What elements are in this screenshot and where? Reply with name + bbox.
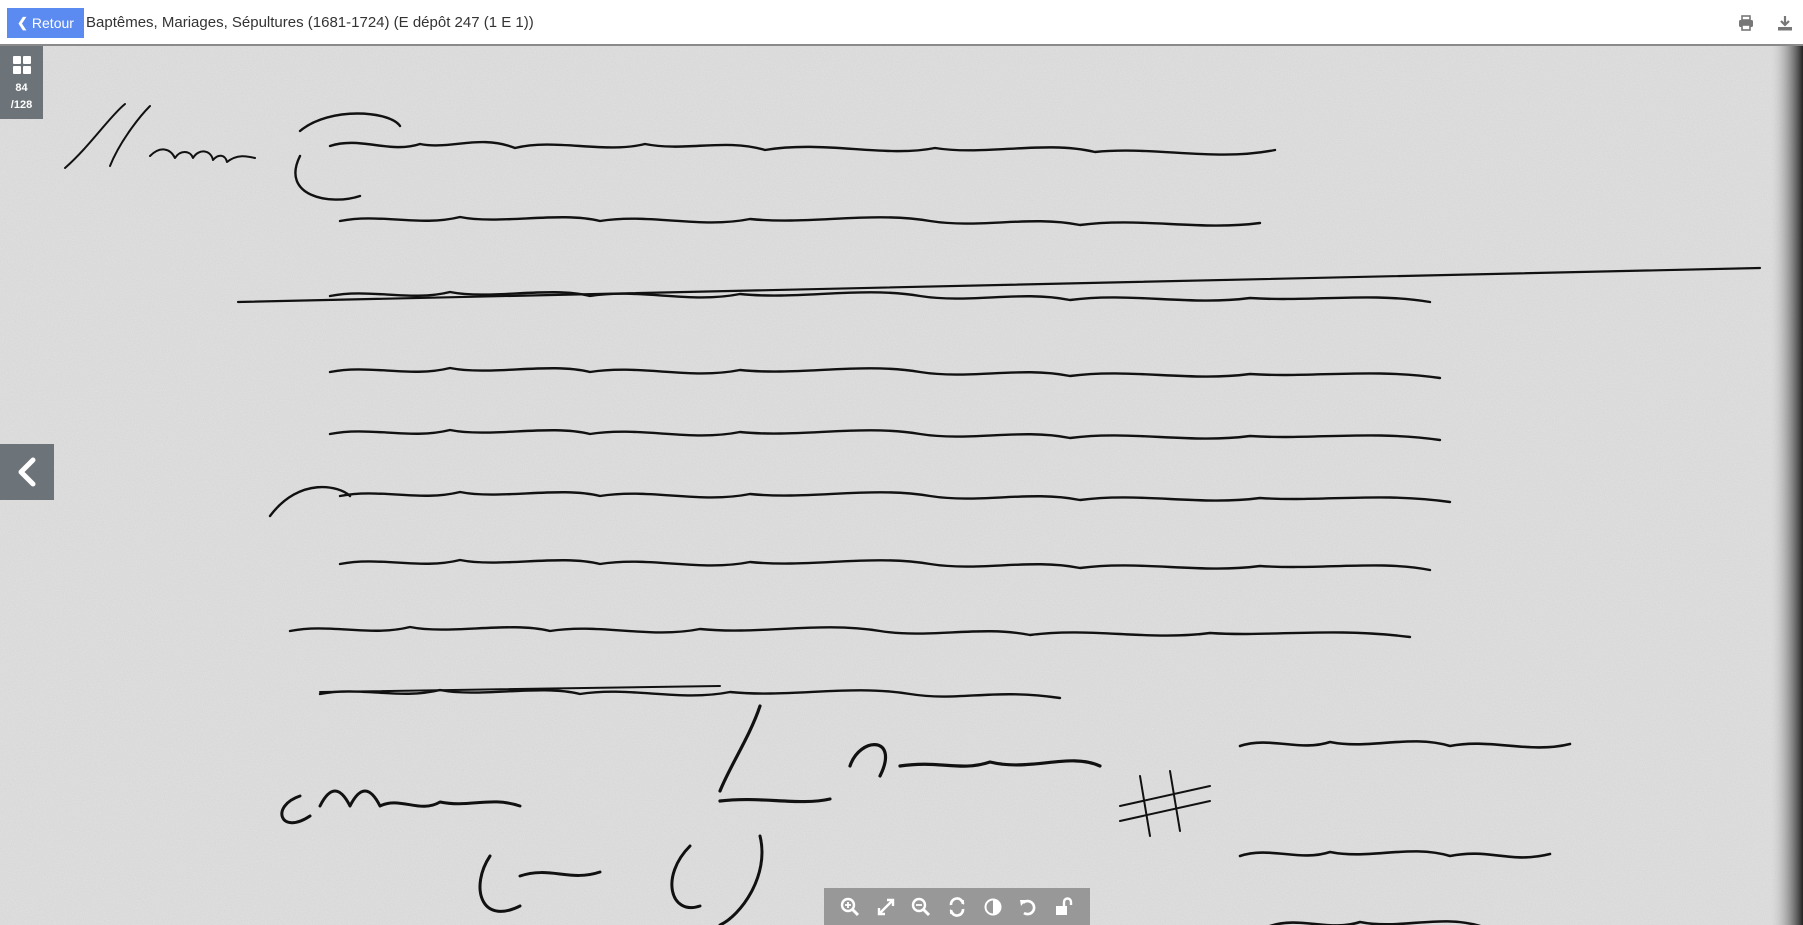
- rotate-button[interactable]: [945, 895, 969, 919]
- unlock-icon: [1054, 897, 1074, 917]
- refresh-icon: [947, 897, 967, 917]
- back-button[interactable]: ❮ Retour: [7, 8, 84, 38]
- chevron-left-icon: ❮: [17, 8, 28, 38]
- undo-icon: [1018, 897, 1038, 917]
- grid-icon: [13, 56, 31, 74]
- download-icon[interactable]: [1776, 14, 1794, 32]
- unlock-button[interactable]: [1052, 895, 1076, 919]
- rotate-left-button[interactable]: [1016, 895, 1040, 919]
- fullscreen-button[interactable]: [874, 895, 898, 919]
- image-toolbar: [824, 888, 1090, 925]
- page-current: 84: [0, 80, 43, 97]
- back-button-label: Retour: [32, 8, 74, 38]
- previous-page-button[interactable]: [0, 444, 54, 500]
- contrast-icon: [983, 897, 1003, 917]
- document-image-viewer[interactable]: [0, 46, 1803, 925]
- document-title: Baptêmes, Mariages, Sépultures (1681-172…: [86, 14, 534, 31]
- chevron-left-icon: [16, 457, 38, 487]
- header-bar: ❮ Retour Baptêmes, Mariages, Sépultures …: [0, 0, 1803, 46]
- zoom-in-button[interactable]: [838, 895, 862, 919]
- page-total: /128: [0, 97, 43, 114]
- print-icon[interactable]: [1737, 14, 1755, 32]
- manuscript-page-image: [0, 46, 1803, 925]
- zoom-in-icon: [840, 897, 860, 917]
- zoom-out-button[interactable]: [909, 895, 933, 919]
- contrast-button[interactable]: [981, 895, 1005, 919]
- thumbnails-button[interactable]: 84 /128: [0, 46, 43, 119]
- zoom-out-icon: [911, 897, 931, 917]
- expand-icon: [876, 897, 896, 917]
